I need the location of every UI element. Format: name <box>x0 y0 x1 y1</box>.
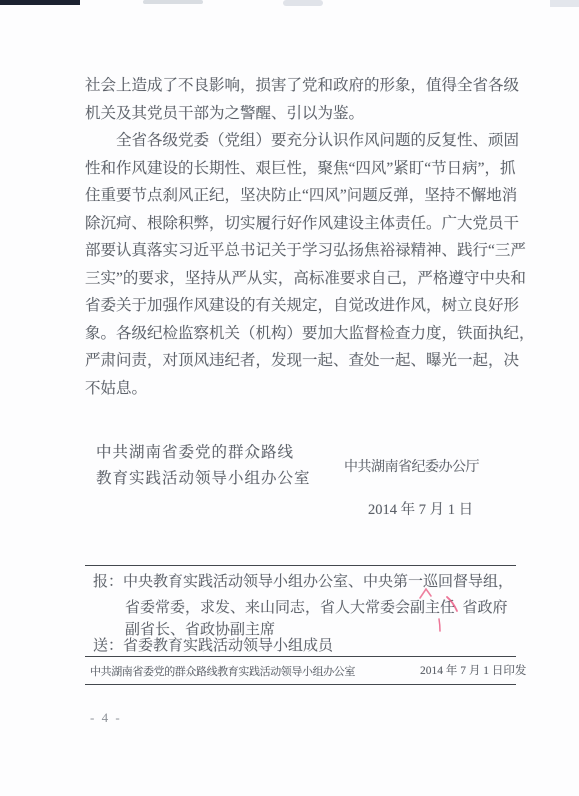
red-caret-mark <box>420 589 431 598</box>
body-line: 全省各级党委（党组）要充分认识作风问题的反复性、顽固 <box>85 127 525 155</box>
signature-date: 2014 年 7 月 1 日 <box>368 498 473 519</box>
divider-bottom <box>85 684 516 685</box>
signature-right-org: 中共湖南省纪委办公厅 <box>344 456 479 476</box>
scan-smudge <box>283 0 323 6</box>
scan-smudge <box>143 0 203 4</box>
report-to-label: 报： <box>93 574 123 590</box>
send-to-row: 送：省委教育实践活动领导小组成员 <box>93 636 333 656</box>
red-insert-stroke <box>447 597 457 611</box>
signature-left-org-line1: 中共湖南省委党的群众路线 <box>96 440 294 462</box>
body-line: 象。各级纪检监察机关（机构）要加大监督检查力度，铁面执纪， <box>85 320 525 348</box>
scan-edge-artifact <box>0 0 80 5</box>
body-line: 除沉疴、根除积弊，切实履行好作风建设主体责任。广大党员干 <box>85 210 525 238</box>
send-to-label: 送： <box>93 638 123 654</box>
body-line: 机关及其党员干部为之警醒、引以为鉴。 <box>85 100 525 128</box>
page-number: - 4 - <box>90 710 122 726</box>
red-annotation-marks <box>416 586 464 636</box>
signature-left-org-line2: 教育实践活动领导小组办公室 <box>96 466 311 488</box>
send-to-line: 省委教育实践活动领导小组成员 <box>123 638 333 654</box>
document-page: 社会上造成了不良影响，损害了党和政府的形象，值得全省各级 机关及其党员干部为之警… <box>0 0 579 796</box>
body-line: 部要认真落实习近平总书记关于学习弘扬焦裕禄精神、践行“三严 <box>85 237 525 265</box>
colophon-issuer: 中共湖南省委党的群众路线教育实践活动领导小组办公室 <box>90 663 355 679</box>
body-line: 不姑息。 <box>85 375 525 403</box>
red-tick-mark <box>439 619 440 631</box>
divider-middle <box>85 656 516 657</box>
scan-smudge <box>550 0 579 7</box>
body-line: 三实”的要求，坚持从严从实，高标准要求自己，严格遵守中央和 <box>85 265 525 293</box>
colophon-print-date: 2014 年 7 月 1 日印发 <box>420 662 526 678</box>
body-line: 省委关于加强作风建设的有关规定，自觉改进作风，树立良好形 <box>85 292 525 320</box>
body-text: 社会上造成了不良影响，损害了党和政府的形象，值得全省各级 机关及其党员干部为之警… <box>85 72 525 402</box>
body-line: 社会上造成了不良影响，损害了党和政府的形象，值得全省各级 <box>85 72 525 100</box>
divider-top <box>85 565 516 566</box>
body-line: 住重要节点刹风正纪，坚决防止“四风”问题反弹，坚持不懈地消 <box>85 182 525 210</box>
body-line: 性和作风建设的长期性、艰巨性，聚焦“四风”紧盯“节日病”，抓 <box>85 155 525 183</box>
body-line: 严肃问责，对顶风违纪者，发现一起、查处一起、曝光一起，决 <box>85 347 525 375</box>
